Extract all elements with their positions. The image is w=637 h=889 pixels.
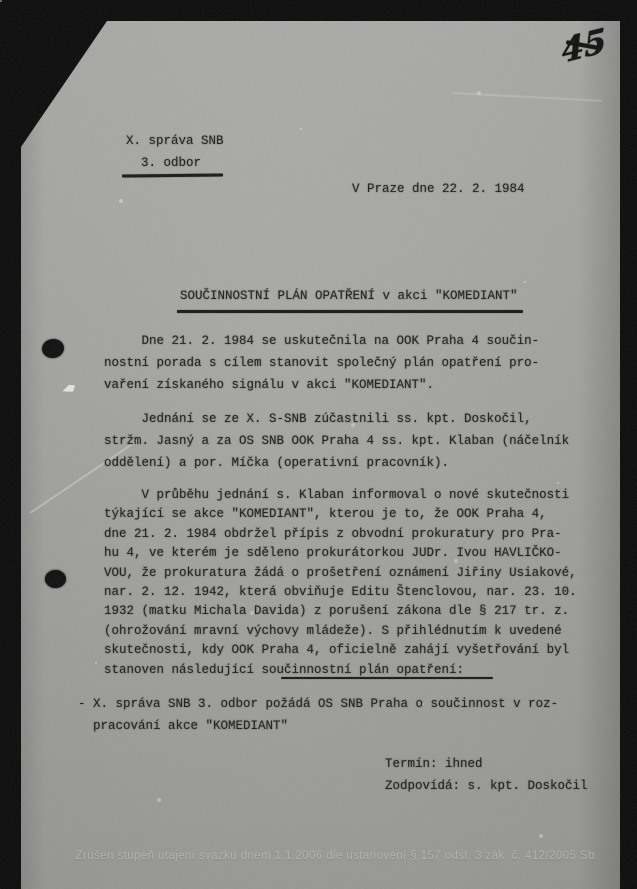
letterhead-unit: X. správa SNB 3. odbor bbox=[126, 131, 224, 175]
title-underline bbox=[177, 310, 523, 313]
responsible-line: Zodpovídá: s. kpt. Doskočil bbox=[385, 776, 588, 798]
declassification-watermark: Zrušen stupeň utajení svazku dnem 1.1.20… bbox=[76, 850, 599, 862]
paragraph-3: V průběhu jednání s. Klaban informoval o… bbox=[104, 486, 577, 680]
dateline: V Praze dne 22. 2. 1984 bbox=[352, 182, 525, 196]
document-title: SOUČINNOSTNÍ PLÁN OPATŘENÍ v akci "KOMED… bbox=[180, 289, 518, 303]
measure-item: - X. správa SNB 3. odbor požádá OS SNB P… bbox=[78, 694, 558, 738]
scanned-document-page: 45 X. správa SNB 3. odbor V Praze dne 22… bbox=[0, 0, 637, 889]
hole-punch-mark-bottom bbox=[45, 570, 66, 588]
plan-phrase-underline bbox=[281, 677, 493, 679]
deadline-line: Termín: ihned bbox=[385, 754, 483, 776]
paragraph-1: Dne 21. 2. 1984 se uskutečnila na OOK Pr… bbox=[104, 331, 539, 396]
paragraph-2: Jednání se ze X. S-SNB zúčastnili ss. kp… bbox=[104, 409, 569, 474]
paper-speckles bbox=[0, 0, 2, 2]
